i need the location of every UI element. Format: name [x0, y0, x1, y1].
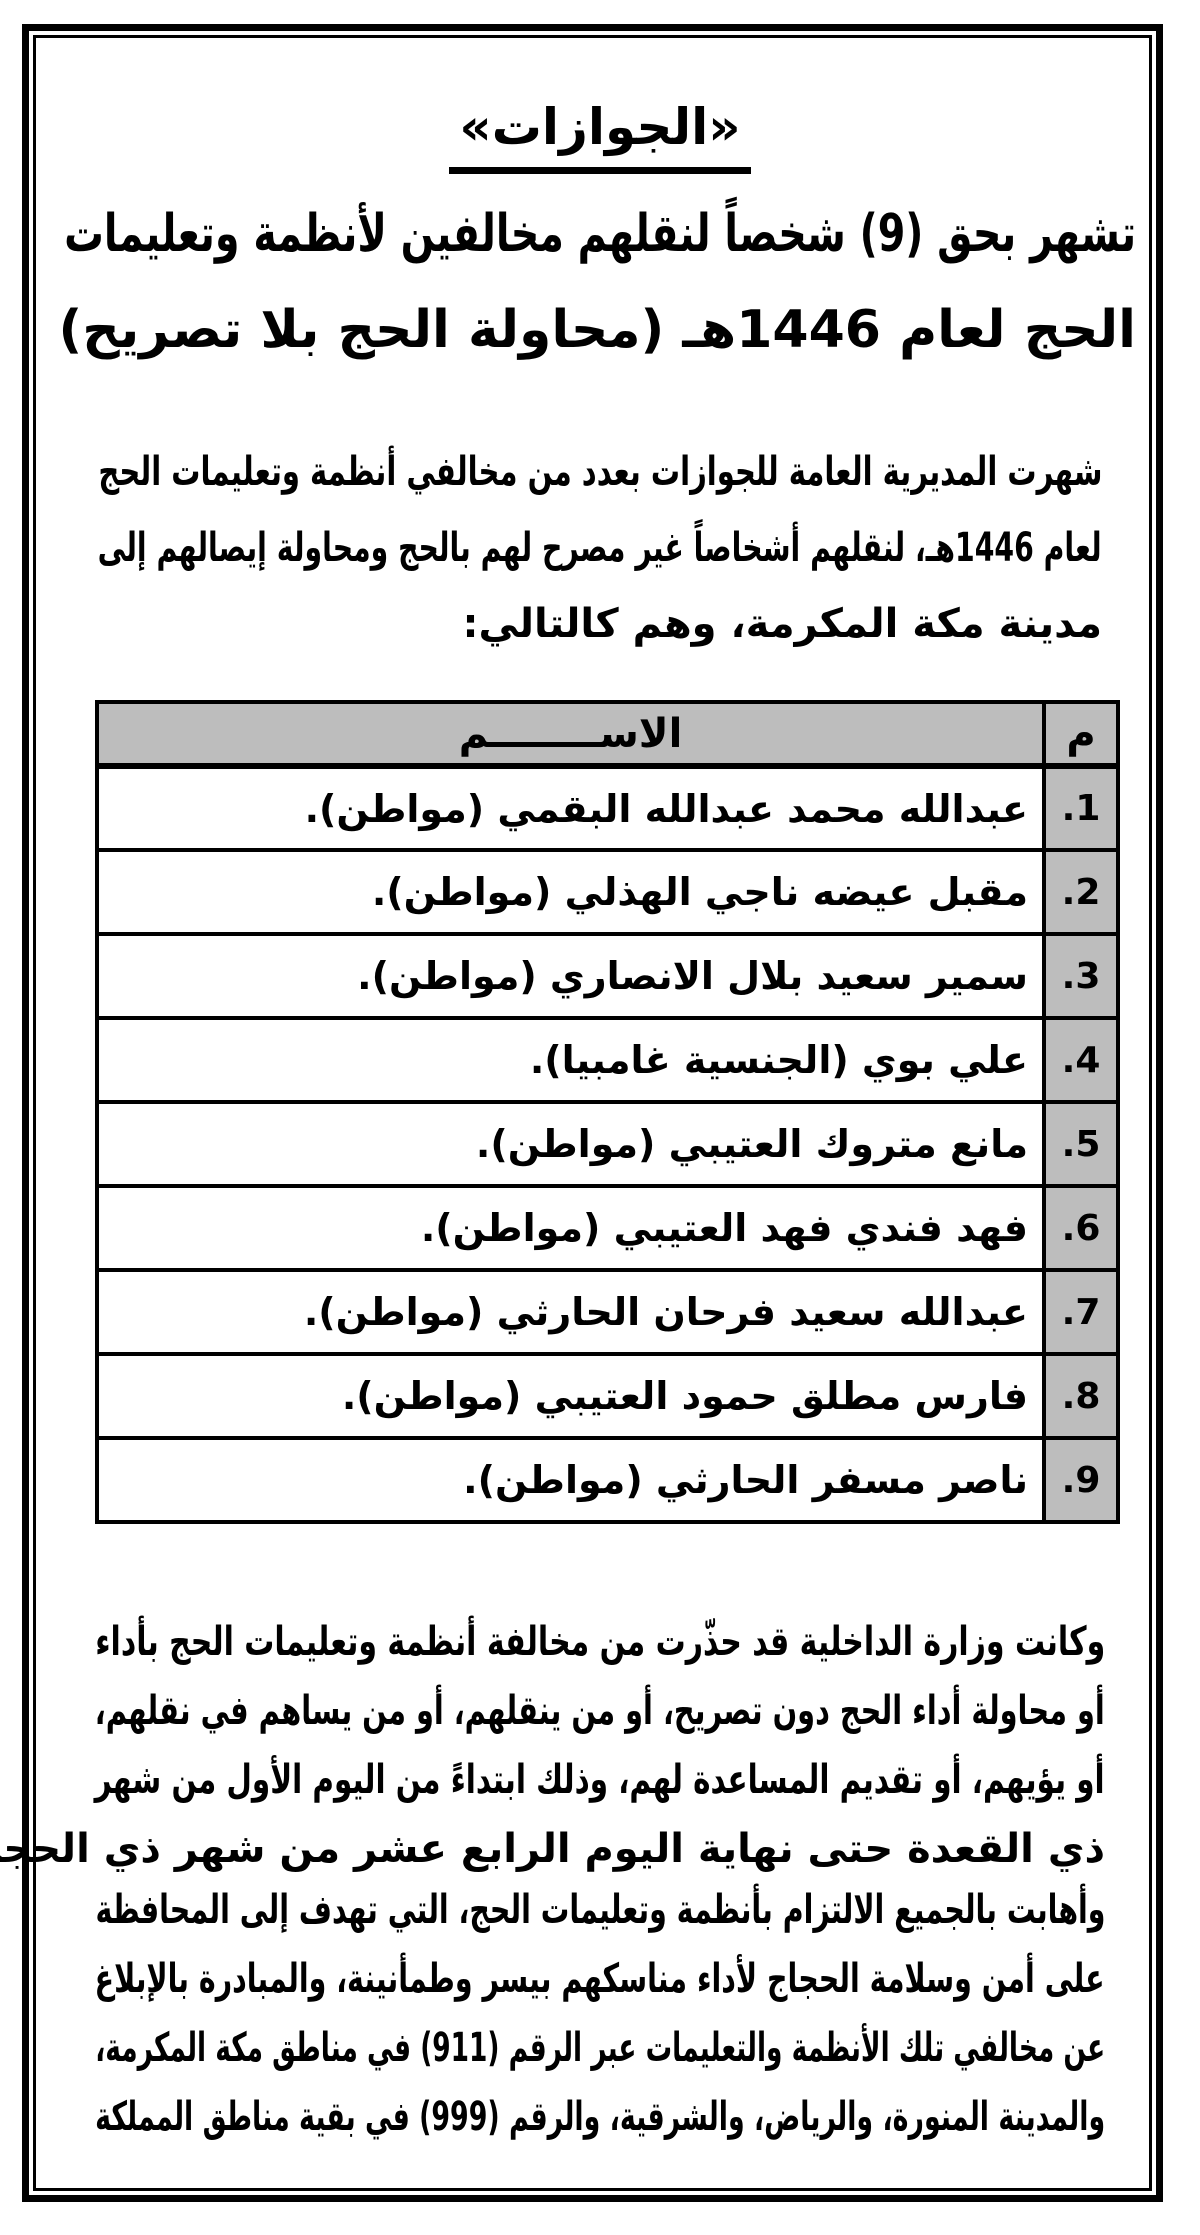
headline-line-2: الحج لعام 1446هـ (محاولة الحج بلا تصريح) — [64, 282, 1136, 378]
row-number: 9. — [1044, 1438, 1118, 1522]
intro-line-2-text: لعام 1446هـ، لنقلهم أشخاصاً غير مصرح لهم… — [98, 510, 1102, 586]
row-name: مانع متروك العتيبي (مواطن). — [97, 1102, 1044, 1186]
row-name: عبدالله محمد عبدالله البقمي (مواطن). — [97, 766, 1044, 850]
appeal-line-3-text: عن مخالفي تلك الأنظمة والتعليمات عبر الر… — [95, 2014, 1105, 2083]
warning-line-1-text: وكانت وزارة الداخلية قد حذّرت من مخالفة … — [95, 1608, 1105, 1677]
appeal-line-4: والمدينة المنورة، والرياض، والشرقية، وال… — [95, 2083, 1105, 2152]
appeal-line-1: وأهابت بالجميع الالتزام بأنظمة وتعليمات … — [95, 1876, 1105, 1945]
headline: تشهر بحق (9) شخصاً لنقلهم مخالفين لأنظمة… — [64, 186, 1136, 378]
headline-line-1: تشهر بحق (9) شخصاً لنقلهم مخالفين لأنظمة… — [64, 186, 1136, 282]
row-name: علي بوي (الجنسية غامبيا). — [97, 1018, 1044, 1102]
row-number: 8. — [1044, 1354, 1118, 1438]
row-number: 4. — [1044, 1018, 1118, 1102]
intro-line-3-text: مدينة مكة المكرمة، وهم كالتالي: — [463, 601, 1102, 647]
names-table: م الاســــــــم 1. عبدالله محمد عبدالله … — [95, 700, 1120, 1524]
row-name: فهد فندي فهد العتيبي (مواطن). — [97, 1186, 1044, 1270]
appeal-line-4-text: والمدينة المنورة، والرياض، والشرقية، وال… — [95, 2083, 1105, 2152]
intro-line-1-text: شهرت المديرية العامة للجوازات بعدد من مخ… — [98, 434, 1102, 510]
table-row: 8. فارس مطلق حمود العتيبي (مواطن). — [97, 1354, 1118, 1438]
appeal-line-1-text: وأهابت بالجميع الالتزام بأنظمة وتعليمات … — [95, 1876, 1105, 1945]
appeal-line-3: عن مخالفي تلك الأنظمة والتعليمات عبر الر… — [95, 2014, 1105, 2083]
row-number: 2. — [1044, 850, 1118, 934]
warning-line-4-text: ذي القعدة حتى نهاية اليوم الرابع عشر من … — [0, 1826, 1105, 1872]
headline-line-1-text: تشهر بحق (9) شخصاً لنقلهم مخالفين لأنظمة… — [64, 186, 1136, 282]
warning-line-4: ذي القعدة حتى نهاية اليوم الرابع عشر من … — [95, 1815, 1105, 1884]
table-header-num: م — [1044, 702, 1118, 766]
row-name: عبدالله سعيد فرحان الحارثي (مواطن). — [97, 1270, 1044, 1354]
warning-line-3-text: أو يؤيهم، أو تقديم المساعدة لهم، وذلك اب… — [95, 1746, 1105, 1815]
row-name: سمير سعيد بلال الانصاري (مواطن). — [97, 934, 1044, 1018]
headline-line-2-text: الحج لعام 1446هـ (محاولة الحج بلا تصريح) — [58, 300, 1136, 360]
warning-line-2: أو محاولة أداء الحج دون تصريح، أو من ينق… — [95, 1677, 1105, 1746]
intro-paragraph: شهرت المديرية العامة للجوازات بعدد من مخ… — [98, 434, 1102, 662]
intro-line-3: مدينة مكة المكرمة، وهم كالتالي: — [98, 586, 1102, 662]
appeal-paragraph: وأهابت بالجميع الالتزام بأنظمة وتعليمات … — [95, 1876, 1105, 2152]
appeal-line-2-text: على أمن وسلامة الحجاج لأداء مناسكهم بيسر… — [95, 1945, 1105, 2014]
row-name: مقبل عيضه ناجي الهذلي (مواطن). — [97, 850, 1044, 934]
table-row: 6. فهد فندي فهد العتيبي (مواطن). — [97, 1186, 1118, 1270]
table-row: 3. سمير سعيد بلال الانصاري (مواطن). — [97, 934, 1118, 1018]
table-row: 9. ناصر مسفر الحارثي (مواطن). — [97, 1438, 1118, 1522]
table-header-name: الاســــــــم — [97, 702, 1044, 766]
table-row: 1. عبدالله محمد عبدالله البقمي (مواطن). — [97, 766, 1118, 850]
table-row: 5. مانع متروك العتيبي (مواطن). — [97, 1102, 1118, 1186]
row-number: 6. — [1044, 1186, 1118, 1270]
document-title: «الجوازات» — [0, 95, 1200, 174]
scanned-announcement-page: { "document": { "title": "«الجوازات»", "… — [0, 0, 1200, 2235]
intro-line-1: شهرت المديرية العامة للجوازات بعدد من مخ… — [98, 434, 1102, 510]
row-number: 7. — [1044, 1270, 1118, 1354]
row-name: ناصر مسفر الحارثي (مواطن). — [97, 1438, 1044, 1522]
warning-line-3: أو يؤيهم، أو تقديم المساعدة لهم، وذلك اب… — [95, 1746, 1105, 1815]
table-row: 7. عبدالله سعيد فرحان الحارثي (مواطن). — [97, 1270, 1118, 1354]
warning-paragraph: وكانت وزارة الداخلية قد حذّرت من مخالفة … — [95, 1608, 1105, 1884]
warning-line-1: وكانت وزارة الداخلية قد حذّرت من مخالفة … — [95, 1608, 1105, 1677]
appeal-line-2: على أمن وسلامة الحجاج لأداء مناسكهم بيسر… — [95, 1945, 1105, 2014]
document-title-text: «الجوازات» — [449, 95, 750, 174]
row-name: فارس مطلق حمود العتيبي (مواطن). — [97, 1354, 1044, 1438]
warning-line-2-text: أو محاولة أداء الحج دون تصريح، أو من ينق… — [95, 1677, 1105, 1746]
row-number: 1. — [1044, 766, 1118, 850]
row-number: 3. — [1044, 934, 1118, 1018]
table-row: 2. مقبل عيضه ناجي الهذلي (مواطن). — [97, 850, 1118, 934]
table-header-row: م الاســــــــم — [97, 702, 1118, 766]
intro-line-2: لعام 1446هـ، لنقلهم أشخاصاً غير مصرح لهم… — [98, 510, 1102, 586]
table-row: 4. علي بوي (الجنسية غامبيا). — [97, 1018, 1118, 1102]
row-number: 5. — [1044, 1102, 1118, 1186]
